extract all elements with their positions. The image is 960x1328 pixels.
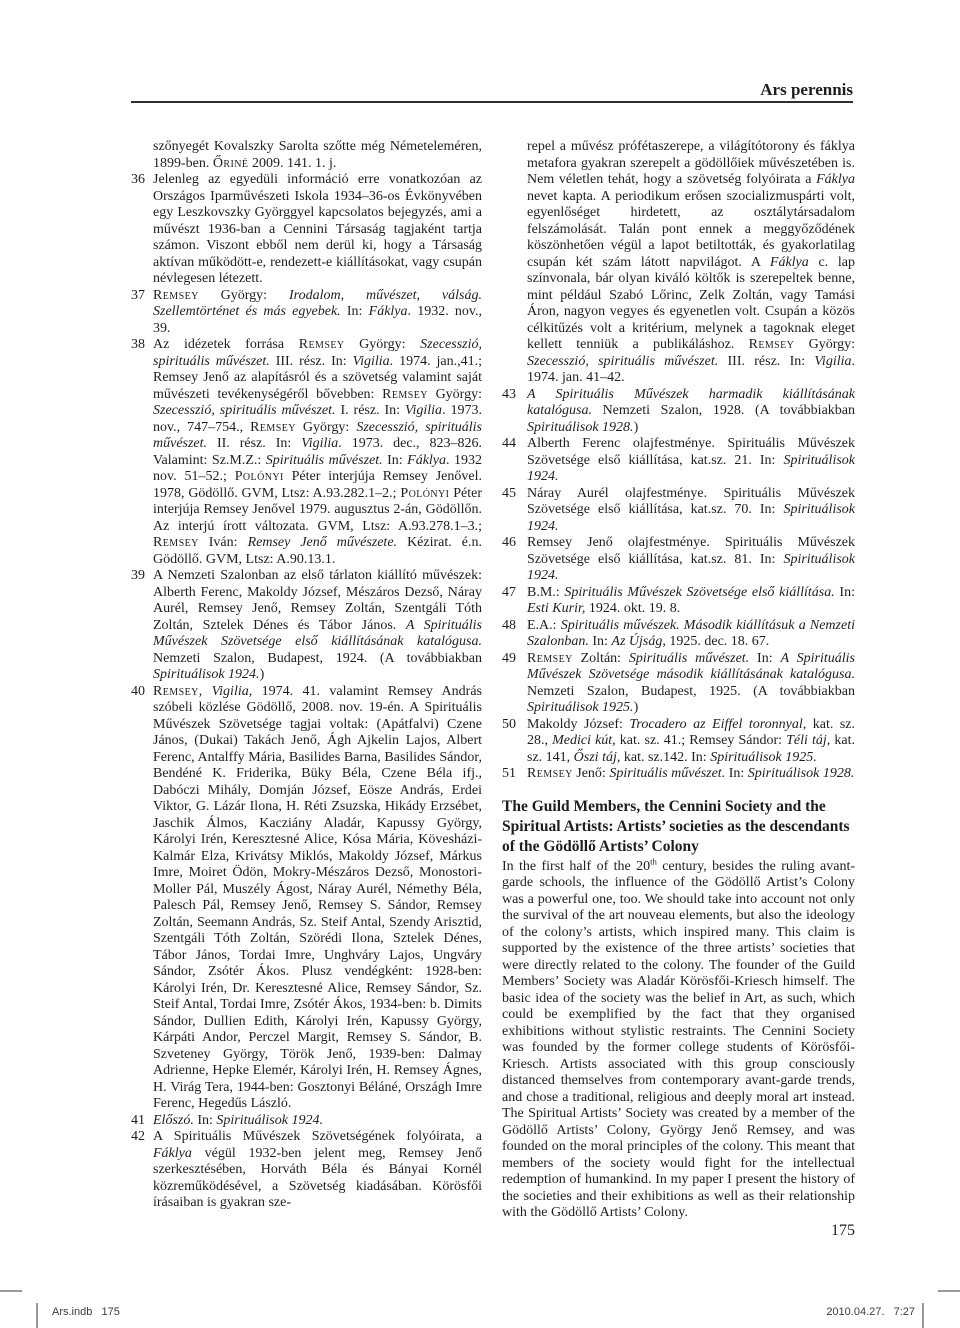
header-divider-rule [131, 101, 853, 103]
footnote-text: Remsey Jenő olajfestménye. Spirituális M… [527, 535, 855, 585]
footnote-number: 41 [131, 1113, 153, 1130]
footnote-item-36: 36Jelenleg az egyedüli információ erre v… [131, 172, 482, 288]
smallcaps-text: Remsey [527, 651, 573, 666]
italic-text: Spirituálisok 1924. [216, 1113, 323, 1128]
plain-text: Jenő: [573, 766, 610, 781]
footnote-continuation-paragraph: repel a művész prófétaszerepe, a világít… [527, 139, 855, 387]
journal-title: Ars perennis [131, 80, 853, 100]
italic-text: Spirituálisok 1925. [527, 700, 634, 715]
italic-text: Spirituális Művészek Szövetsége első kiá… [564, 585, 834, 600]
footnote-item-44: 44Alberth Ferenc olajfestménye. Spirituá… [502, 436, 855, 486]
plain-text: E.A.: [527, 618, 561, 633]
plain-text: Nemzeti Szalon, Budapest, 1924. (A továb… [153, 651, 482, 666]
italic-text: Vigilia [212, 684, 249, 699]
plain-text: Iván: [199, 535, 248, 550]
smallcaps-text: Polónyi [235, 469, 284, 484]
footnote-continuation-paragraph: szőnyegét Kovalszky Sarolta szőtte még N… [153, 139, 482, 172]
print-footer-filename: Ars.indb 175 [52, 1306, 120, 1318]
plain-text: II. rész. In: [207, 436, 301, 451]
abstract-paragraph: In the first half of the 20th century, b… [502, 859, 855, 1222]
smallcaps-text: Remsey [153, 684, 199, 699]
italic-text: Téli táj, [786, 733, 830, 748]
footnote-item-45: 45Náray Aurél olajfestménye. Spirituális… [502, 486, 855, 536]
plain-text: György: [794, 337, 855, 352]
plain-text: Nemzeti Szalon, 1928. (A továbbiakban [592, 403, 855, 418]
smallcaps-text: Remsey [382, 387, 428, 402]
italic-text: Spirituálisok 1928. [748, 766, 855, 781]
plain-text: Az idézetek forrása [153, 337, 299, 352]
plain-text: Nemzeti Szalon, Budapest, 1925. (A továb… [527, 684, 855, 699]
plain-text: In the first half of the 20 [502, 859, 650, 874]
footnote-number: 51 [502, 766, 527, 783]
plain-text: III. rész. In: [270, 354, 353, 369]
plain-text: B.M.: [527, 585, 564, 600]
plain-text: György: [344, 337, 420, 352]
print-footer-timestamp: 2010.04.27. 7:27 [826, 1306, 915, 1318]
right-footnote-list: 43A Spirituális Művészek harmadik kiállí… [502, 387, 855, 783]
footnote-text: Remsey Jenő: Spirituális művészet. In: S… [527, 766, 855, 783]
plain-text: repel a művész prófétaszerepe, a világít… [527, 139, 855, 187]
italic-text: Az Újság, [611, 634, 665, 649]
plain-text: In: [835, 585, 855, 600]
footnote-number: 46 [502, 535, 527, 552]
superscript-text: th [650, 856, 657, 866]
footnote-number: 39 [131, 568, 153, 585]
plain-text: A Spirituális Művészek Szövetségének fol… [153, 1129, 482, 1144]
footnote-text: B.M.: Spirituális Művészek Szövetsége el… [527, 585, 855, 618]
footnote-text: Náray Aurél olajfestménye. Spirituális M… [527, 486, 855, 536]
footnote-text: A Spirituális Művészek harmadik kiállítá… [527, 387, 855, 437]
footnote-number: 49 [502, 651, 527, 668]
italic-text: Medici kút, [552, 733, 616, 748]
plain-text: In: [341, 304, 369, 319]
footnote-item-38: 38Az idézetek forrása Remsey György: Sze… [131, 337, 482, 568]
italic-text: Szecesszió, spirituális művészet. [153, 403, 336, 418]
footnote-text: A Spirituális Művészek Szövetségének fol… [153, 1129, 482, 1212]
footnote-number: 37 [131, 288, 153, 305]
plain-text: In: [589, 634, 612, 649]
crop-mark [36, 1303, 38, 1328]
italic-text: Spirituálisok 1928. [527, 420, 634, 435]
footnote-item-39: 39A Nemzeti Szalonban az első tárlaton k… [131, 568, 482, 684]
footnote-text: Jelenleg az egyedüli információ erre von… [153, 172, 482, 288]
footnote-number: 44 [502, 436, 527, 453]
plain-text: century, besides the ruling avant-garde … [502, 859, 855, 1221]
crop-mark [922, 1303, 924, 1328]
plain-text: 1925. dec. 18. 67. [666, 634, 769, 649]
footnote-number: 42 [131, 1129, 153, 1146]
smallcaps-text: Remsey [527, 766, 573, 781]
italic-text: Vigilia [353, 354, 390, 369]
footnote-text: Remsey György: Irodalom, művészet, válsá… [153, 288, 482, 338]
page-number: 175 [502, 1222, 855, 1240]
footnote-number: 48 [502, 618, 527, 635]
italic-text: Fáklya [153, 1146, 192, 1161]
italic-text: Trocadero az Eiffel toronnyal, [629, 717, 806, 732]
italic-text: Fáklya [369, 304, 408, 319]
footnote-text: Előszó. In: Spirituálisok 1924. [153, 1113, 482, 1130]
italic-text: Vigilia [814, 354, 851, 369]
footnote-item-40: 40Remsey, Vigilia, 1974. 41. valamint Re… [131, 684, 482, 1113]
italic-text: Fáklya [816, 172, 855, 187]
plain-text: ) [634, 700, 639, 715]
plain-text: , [199, 684, 212, 699]
plain-text: In: [749, 651, 780, 666]
footnote-item-47: 47B.M.: Spirituális Művészek Szövetsége … [502, 585, 855, 618]
italic-text: Előszó. [153, 1113, 194, 1128]
footnote-item-41: 41Előszó. In: Spirituálisok 1924. [131, 1113, 482, 1130]
footnote-text: E.A.: Spirituális művészek. Második kiál… [527, 618, 855, 651]
plain-text: György: [428, 387, 482, 402]
italic-text: Vigilia [405, 403, 442, 418]
plain-text: ) [634, 420, 639, 435]
italic-text: Esti Kurir, [527, 601, 585, 616]
plain-text: kat. sz.142. In: [620, 750, 710, 765]
plain-text: III. rész. In: [718, 354, 814, 369]
footnote-text: Remsey, Vigilia, 1974. 41. valamint Rems… [153, 684, 482, 1113]
footnote-item-46: 46Remsey Jenő olajfestménye. Spirituális… [502, 535, 855, 585]
smallcaps-text: Remsey [153, 288, 199, 303]
italic-text: Szecesszió, spirituális művészet. [527, 354, 718, 369]
smallcaps-text: Remsey [749, 337, 795, 352]
italic-text: Spirituálisok 1924. [153, 667, 260, 682]
footnote-number: 43 [502, 387, 527, 404]
footnote-item-37: 37Remsey György: Irodalom, művészet, vál… [131, 288, 482, 338]
right-text-column: repel a művész prófétaszerepe, a világít… [502, 139, 855, 1222]
footnote-number: 47 [502, 585, 527, 602]
footnote-text: Remsey Zoltán: Spirituális művészet. In:… [527, 651, 855, 717]
italic-text: Remsey Jenő művészete. [248, 535, 397, 550]
footnote-text: A Nemzeti Szalonban az első tárlaton kiá… [153, 568, 482, 684]
plain-text: , 1974. 41. valamint Remsey András szóbe… [153, 684, 482, 1112]
italic-text: Spirituálisok 1925. [710, 750, 817, 765]
footnote-text: Az idézetek forrása Remsey György: Szece… [153, 337, 482, 568]
footnote-item-49: 49Remsey Zoltán: Spirituális művészet. I… [502, 651, 855, 717]
italic-text: Spirituális művészet. [266, 453, 383, 468]
italic-text: Őszi táj, [574, 750, 621, 765]
footnote-text: Makoldy József: Trocadero az Eiffel toro… [527, 717, 855, 767]
plain-text: In: [725, 766, 748, 781]
crop-mark [938, 1290, 960, 1292]
italic-text: Fáklya [770, 255, 809, 270]
crop-mark [0, 1290, 22, 1292]
smallcaps-text: Remsey [299, 337, 345, 352]
plain-text: In: [194, 1113, 217, 1128]
italic-text: Fáklya [407, 453, 446, 468]
smallcaps-text: Remsey [250, 420, 296, 435]
smallcaps-text: Őriné [213, 156, 249, 171]
plain-text: Makoldy József: [527, 717, 629, 732]
footnote-number: 36 [131, 172, 153, 189]
left-text-column: szőnyegét Kovalszky Sarolta szőtte még N… [131, 139, 482, 1212]
plain-text: Jelenleg az egyedüli információ erre von… [153, 172, 482, 286]
plain-text: In: [383, 453, 408, 468]
footnote-item-42: 42A Spirituális Művészek Szövetségének f… [131, 1129, 482, 1212]
plain-text: ) [260, 667, 265, 682]
section-heading: The Guild Members, the Cennini Society a… [502, 797, 855, 857]
plain-text: 2009. 141. 1. j. [248, 156, 336, 171]
footnote-number: 45 [502, 486, 527, 503]
footnote-number: 50 [502, 717, 527, 734]
plain-text: György: [199, 288, 289, 303]
plain-text: kat. sz. 41.; Remsey Sándor: [616, 733, 786, 748]
italic-text: Spirituális művészet. [609, 766, 725, 781]
plain-text: 1924. okt. 19. 8. [585, 601, 680, 616]
italic-text: Spirituális művészet. [629, 651, 749, 666]
footnote-number: 38 [131, 337, 153, 354]
left-footnote-list: 36Jelenleg az egyedüli információ erre v… [131, 172, 482, 1212]
plain-text: Zoltán: [573, 651, 629, 666]
footnote-number: 40 [131, 684, 153, 701]
footnote-item-43: 43A Spirituális Művészek harmadik kiállí… [502, 387, 855, 437]
footnote-item-51: 51Remsey Jenő: Spirituális művészet. In:… [502, 766, 855, 783]
plain-text: György: [296, 420, 356, 435]
smallcaps-text: Remsey [153, 535, 199, 550]
footnote-item-48: 48E.A.: Spirituális művészek. Második ki… [502, 618, 855, 651]
footnote-item-50: 50Makoldy József: Trocadero az Eiffel to… [502, 717, 855, 767]
footnote-text: Alberth Ferenc olajfestménye. Spirituáli… [527, 436, 855, 486]
plain-text: végül 1932-ben jelent meg, Remsey Jenő s… [153, 1146, 482, 1211]
italic-text: Vigilia [301, 436, 338, 451]
smallcaps-text: Polónyi [400, 486, 449, 501]
plain-text: I. rész. In: [336, 403, 405, 418]
